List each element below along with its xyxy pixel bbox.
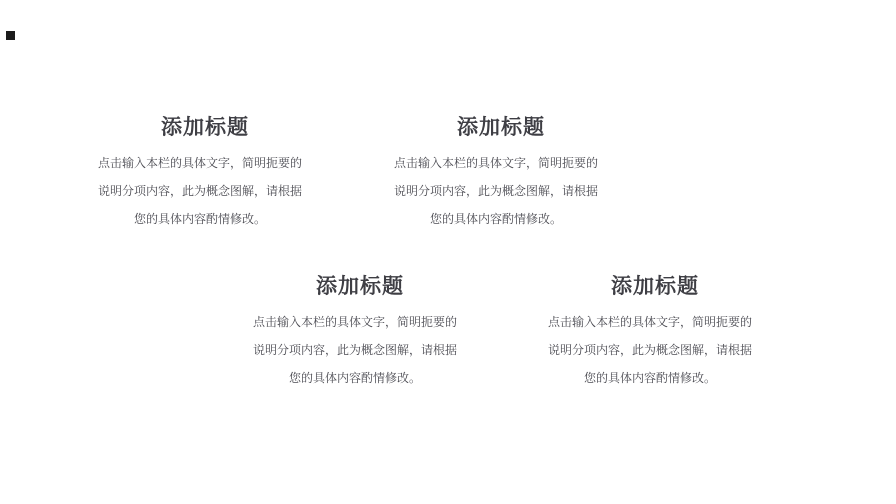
body-line: 您的具体内容酌情修改。 [249, 364, 461, 392]
body-line: 说明分项内容，此为概念图解，请根据 [94, 177, 306, 205]
body-line: 点击输入本栏的具体文字，简明扼要的 [544, 308, 756, 336]
body-line: 点击输入本栏的具体文字，简明扼要的 [249, 308, 461, 336]
body-line: 您的具体内容酌情修改。 [390, 205, 602, 233]
slide-canvas: 添加标题 点击输入本栏的具体文字，简明扼要的 说明分项内容，此为概念图解，请根据… [0, 0, 896, 504]
corner-decoration-square [6, 31, 15, 40]
body-line: 您的具体内容酌情修改。 [544, 364, 756, 392]
body-line: 点击输入本栏的具体文字，简明扼要的 [94, 149, 306, 177]
block-title[interactable]: 添加标题 [395, 112, 607, 143]
block-body[interactable]: 点击输入本栏的具体文字，简明扼要的 说明分项内容，此为概念图解，请根据 您的具体… [390, 149, 602, 233]
text-block-bottom-left: 添加标题 点击输入本栏的具体文字，简明扼要的 说明分项内容，此为概念图解，请根据… [249, 271, 461, 392]
block-body[interactable]: 点击输入本栏的具体文字，简明扼要的 说明分项内容，此为概念图解，请根据 您的具体… [94, 149, 306, 233]
body-line: 说明分项内容，此为概念图解，请根据 [390, 177, 602, 205]
body-line: 说明分项内容，此为概念图解，请根据 [544, 336, 756, 364]
body-line: 点击输入本栏的具体文字，简明扼要的 [390, 149, 602, 177]
text-block-bottom-right: 添加标题 点击输入本栏的具体文字，简明扼要的 说明分项内容，此为概念图解，请根据… [544, 271, 756, 392]
text-block-top-left: 添加标题 点击输入本栏的具体文字，简明扼要的 说明分项内容，此为概念图解，请根据… [94, 112, 306, 233]
block-title[interactable]: 添加标题 [254, 271, 466, 302]
block-body[interactable]: 点击输入本栏的具体文字，简明扼要的 说明分项内容，此为概念图解，请根据 您的具体… [544, 308, 756, 392]
body-line: 您的具体内容酌情修改。 [94, 205, 306, 233]
block-title[interactable]: 添加标题 [99, 112, 311, 143]
text-block-top-right: 添加标题 点击输入本栏的具体文字，简明扼要的 说明分项内容，此为概念图解，请根据… [390, 112, 602, 233]
body-line: 说明分项内容，此为概念图解，请根据 [249, 336, 461, 364]
block-body[interactable]: 点击输入本栏的具体文字，简明扼要的 说明分项内容，此为概念图解，请根据 您的具体… [249, 308, 461, 392]
block-title[interactable]: 添加标题 [549, 271, 761, 302]
